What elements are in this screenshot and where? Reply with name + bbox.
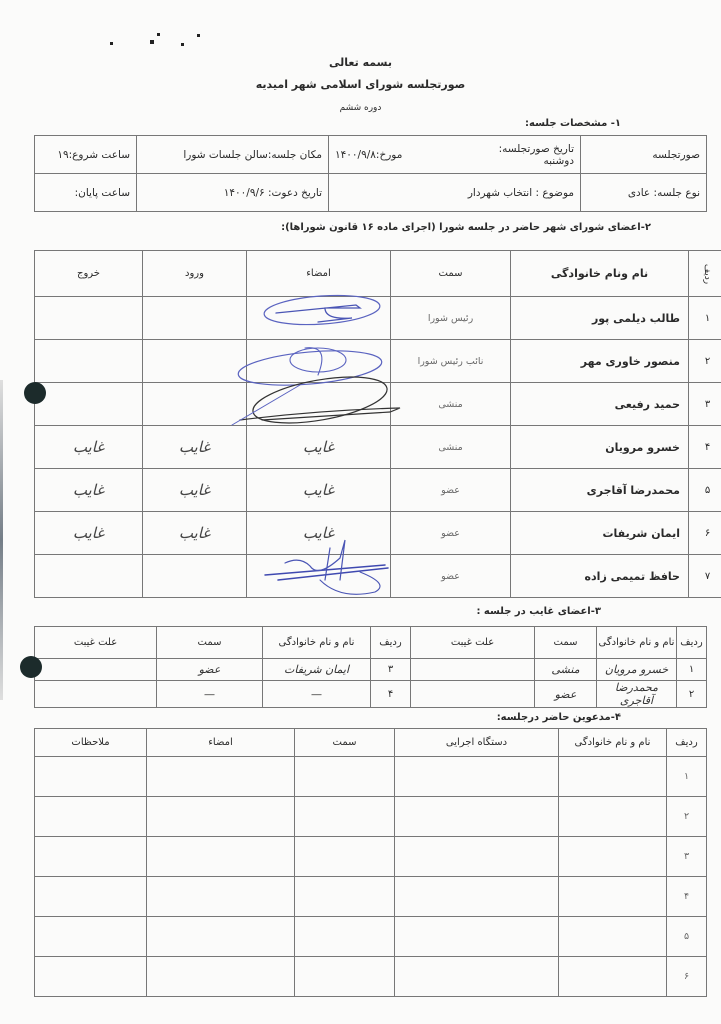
section1-heading: ۱- مشخصات جلسه: — [525, 118, 621, 129]
col-organization: دستگاه اجرایی — [395, 729, 559, 757]
exit-cell: غایب — [35, 469, 143, 512]
cell — [147, 837, 295, 877]
scan-edge-shadow — [0, 380, 3, 700]
cell — [147, 797, 295, 837]
cell — [147, 757, 295, 797]
absent-role: — — [157, 681, 263, 708]
cell — [35, 837, 147, 877]
cell — [559, 957, 667, 997]
signature-cell — [247, 297, 391, 340]
absence-reason — [35, 659, 157, 681]
cell — [559, 837, 667, 877]
absent-name: — — [263, 681, 371, 708]
cell — [395, 797, 559, 837]
absent-members-table: ردیف نام و نام خانوادگی سمت علت غیبت ردی… — [34, 626, 707, 708]
invitees-table: ردیف نام و نام خانوادگی دستگاه اجرایی سم… — [34, 728, 707, 997]
table-row: ۲ محمدرضا آقاجری عضو ۴ — — — [35, 681, 707, 708]
col-entry: ورود — [143, 251, 247, 297]
row-num: ۳ — [689, 383, 721, 426]
exit-cell — [35, 383, 143, 426]
table-row: ۲ — [35, 797, 707, 837]
col-signature: امضاء — [147, 729, 295, 757]
row-num: ۴ — [667, 877, 707, 917]
info-row: نوع جلسه: عادی موضوع : انتخاب شهردار تار… — [35, 174, 707, 212]
member-role: عضو — [391, 469, 511, 512]
cell — [147, 957, 295, 997]
signature-cell: غایب — [247, 426, 391, 469]
col-name: نام و نام خانوادگی — [597, 627, 677, 659]
table-row: ۷ حافظ تمیمی زاده عضو — [35, 555, 721, 598]
table-row: ۶ — [35, 957, 707, 997]
table-row: ۶ ایمان شریفات عضو غایب غایب غایب — [35, 512, 721, 555]
exit-cell — [35, 297, 143, 340]
table-header: ردیف نام ونام خانوادگی سمت امضاء ورود خر… — [35, 251, 721, 297]
cell — [395, 837, 559, 877]
signature-cell — [247, 340, 391, 383]
table-row: ۴ خسرو مرویان منشی غایب غایب غایب — [35, 426, 721, 469]
absence-reason — [411, 681, 535, 708]
row-num: ۱ — [689, 297, 721, 340]
member-name: منصور خاوری مهر — [511, 340, 689, 383]
exit-cell: غایب — [35, 512, 143, 555]
table-row: ۳ — [35, 837, 707, 877]
absent-name: خسرو مرویان — [597, 659, 677, 681]
absent-role: عضو — [535, 681, 597, 708]
entry-cell — [143, 555, 247, 598]
cell — [35, 877, 147, 917]
col-row: ردیف — [371, 627, 411, 659]
row-num: ۲ — [677, 681, 707, 708]
cell — [295, 797, 395, 837]
row-num: ۴ — [371, 681, 411, 708]
signature-cell — [247, 383, 391, 426]
doc-invocation: بسمه تعالی — [0, 56, 721, 69]
row-num: ۱ — [667, 757, 707, 797]
row-num: ۲ — [667, 797, 707, 837]
dated-value: مورخ:۱۴۰۰/۹/۸ — [335, 149, 402, 161]
row-num: ۷ — [689, 555, 721, 598]
table-row: ۱ طالب دیلمی پور رئیس شورا — [35, 297, 721, 340]
table-row: ۵ — [35, 917, 707, 957]
cell — [559, 917, 667, 957]
location: مکان جلسه:سالن جلسات شورا — [137, 136, 329, 174]
cell — [295, 837, 395, 877]
member-name: طالب دیلمی پور — [511, 297, 689, 340]
cell — [35, 797, 147, 837]
col-reason: علت غیبت — [411, 627, 535, 659]
col-notes: ملاحظات — [35, 729, 147, 757]
col-name: نام ونام خانوادگی — [511, 251, 689, 297]
col-row: ردیف — [667, 729, 707, 757]
table-row: ۵ محمدرضا آقاجری عضو غایب غایب غایب — [35, 469, 721, 512]
entry-cell — [143, 297, 247, 340]
member-role: منشی — [391, 383, 511, 426]
session-type: نوع جلسه: عادی — [581, 174, 707, 212]
member-role: رئیس شورا — [391, 297, 511, 340]
entry-cell: غایب — [143, 512, 247, 555]
col-name: نام و نام خانوادگی — [559, 729, 667, 757]
col-exit: خروج — [35, 251, 143, 297]
exit-cell — [35, 340, 143, 383]
col-reason: علت غیبت — [35, 627, 157, 659]
table-row: ۴ — [35, 877, 707, 917]
member-name: حافظ تمیمی زاده — [511, 555, 689, 598]
row-num: ۳ — [667, 837, 707, 877]
entry-cell — [143, 383, 247, 426]
session-info-table: صورتجلسه تاریخ صورتجلسه: دوشنبه مورخ:۱۴۰… — [34, 135, 707, 212]
entry-cell — [143, 340, 247, 383]
col-role: سمت — [295, 729, 395, 757]
section4-heading: ۴-مدعوین حاضر درجلسه: — [497, 712, 621, 723]
cell — [295, 877, 395, 917]
cell — [35, 957, 147, 997]
member-name: ایمان شریفات — [511, 512, 689, 555]
section2-heading: ۲-اعضای شورای شهر حاضر در جلسه شورا (اجر… — [281, 222, 651, 233]
col-signature: امضاء — [247, 251, 391, 297]
cell — [395, 917, 559, 957]
table-header: ردیف نام و نام خانوادگی دستگاه اجرایی سم… — [35, 729, 707, 757]
table-row: ۱ — [35, 757, 707, 797]
cell — [147, 917, 295, 957]
table-row: ۳ حمید رفیعی منشی — [35, 383, 721, 426]
present-members-table: ردیف نام ونام خانوادگی سمت امضاء ورود خر… — [34, 250, 721, 598]
cell — [395, 957, 559, 997]
row-num: ۵ — [689, 469, 721, 512]
cell — [295, 917, 395, 957]
info-row: صورتجلسه تاریخ صورتجلسه: دوشنبه مورخ:۱۴۰… — [35, 136, 707, 174]
cell — [295, 957, 395, 997]
col-row: ردیف — [689, 251, 721, 297]
row-num: ۲ — [689, 340, 721, 383]
speck — [157, 33, 160, 36]
row-num: ۶ — [667, 957, 707, 997]
col-role: سمت — [535, 627, 597, 659]
col-role: سمت — [391, 251, 511, 297]
invite-date: تاریخ دعوت: ۱۴۰۰/۹/۶ — [137, 174, 329, 212]
table-row: ۱ خسرو مرویان منشی ۳ ایمان شریفات عضو — [35, 659, 707, 681]
member-role: عضو — [391, 512, 511, 555]
subject: موضوع : انتخاب شهردار — [329, 174, 581, 212]
punch-hole — [20, 656, 42, 678]
member-role: عضو — [391, 555, 511, 598]
cell — [295, 757, 395, 797]
speck — [110, 42, 113, 45]
cell — [559, 757, 667, 797]
speck — [197, 34, 200, 37]
entry-cell: غایب — [143, 426, 247, 469]
member-name: حمید رفیعی — [511, 383, 689, 426]
doc-title: صورتجلسه شورای اسلامی شهر امیدیه — [0, 78, 721, 91]
row-num: ۳ — [371, 659, 411, 681]
absent-role: عضو — [157, 659, 263, 681]
cell — [35, 757, 147, 797]
row-num: ۴ — [689, 426, 721, 469]
start-time: ساعت شروع:۱۹ — [35, 136, 137, 174]
col-row: ردیف — [677, 627, 707, 659]
dated: مورخ:۱۴۰۰/۹/۸ — [329, 136, 481, 174]
absent-name: ایمان شریفات — [263, 659, 371, 681]
cell — [147, 877, 295, 917]
table-header: ردیف نام و نام خانوادگی سمت علت غیبت ردی… — [35, 627, 707, 659]
signature-cell: غایب — [247, 469, 391, 512]
punch-hole — [24, 382, 46, 404]
absent-role: منشی — [535, 659, 597, 681]
col-name: نام و نام خانوادگی — [263, 627, 371, 659]
speck — [181, 43, 184, 46]
record-label: صورتجلسه — [581, 136, 707, 174]
table-row: ۲ منصور خاوری مهر نائب رئیس شورا — [35, 340, 721, 383]
signature-cell — [247, 555, 391, 598]
col-row-label: ردیف — [703, 264, 713, 284]
cell — [35, 917, 147, 957]
member-name: محمدرضا آقاجری — [511, 469, 689, 512]
record-date: تاریخ صورتجلسه: دوشنبه — [481, 136, 581, 174]
row-num: ۱ — [677, 659, 707, 681]
member-role: منشی — [391, 426, 511, 469]
row-num: ۶ — [689, 512, 721, 555]
cell — [559, 797, 667, 837]
exit-cell: غایب — [35, 426, 143, 469]
absent-name: محمدرضا آقاجری — [597, 681, 677, 708]
cell — [559, 877, 667, 917]
speck — [150, 40, 154, 44]
absence-reason — [35, 681, 157, 708]
absence-reason — [411, 659, 535, 681]
cell — [395, 877, 559, 917]
row-num: ۵ — [667, 917, 707, 957]
exit-cell — [35, 555, 143, 598]
entry-cell: غایب — [143, 469, 247, 512]
end-time: ساعت پایان: — [35, 174, 137, 212]
cell — [395, 757, 559, 797]
doc-subtitle: دوره ششم — [0, 103, 721, 113]
section3-heading: ۳-اعضای غایب در جلسه : — [476, 606, 601, 617]
member-role: نائب رئیس شورا — [391, 340, 511, 383]
member-name: خسرو مرویان — [511, 426, 689, 469]
col-role: سمت — [157, 627, 263, 659]
signature-cell: غایب — [247, 512, 391, 555]
